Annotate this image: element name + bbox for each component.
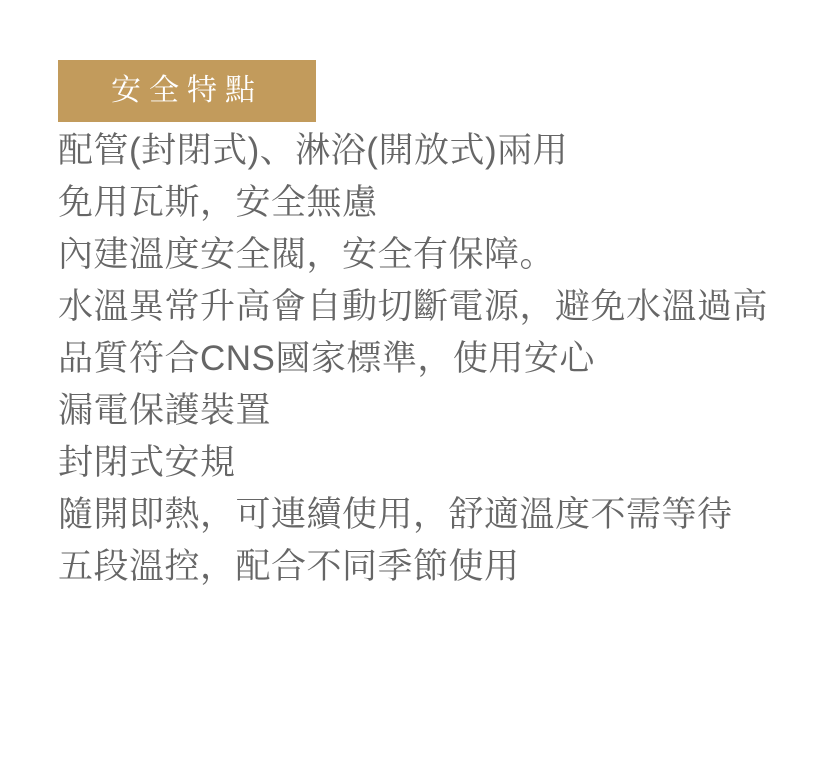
section-header-badge: 安全特點 [58,60,316,122]
safety-features-section: 安全特點 配管(封閉式)、淋浴(開放式)兩用免用瓦斯，安全無慮內建溫度安全閥，安… [58,60,778,593]
feature-line: 封閉式安規 [58,437,778,489]
feature-line: 五段溫控，配合不同季節使用 [58,541,778,593]
feature-line: 免用瓦斯，安全無慮 [58,177,778,229]
feature-line: 配管(封閉式)、淋浴(開放式)兩用 [58,125,778,177]
feature-line: 水溫異常升高會自動切斷電源，避免水溫過高 [58,281,778,333]
feature-line: 內建溫度安全閥，安全有保障。 [58,229,778,281]
feature-line: 品質符合CNS國家標準，使用安心 [58,333,778,385]
feature-line: 漏電保護裝置 [58,385,778,437]
feature-line: 隨開即熱，可連續使用，舒適溫度不需等待 [58,489,778,541]
feature-list: 配管(封閉式)、淋浴(開放式)兩用免用瓦斯，安全無慮內建溫度安全閥，安全有保障。… [58,125,778,593]
